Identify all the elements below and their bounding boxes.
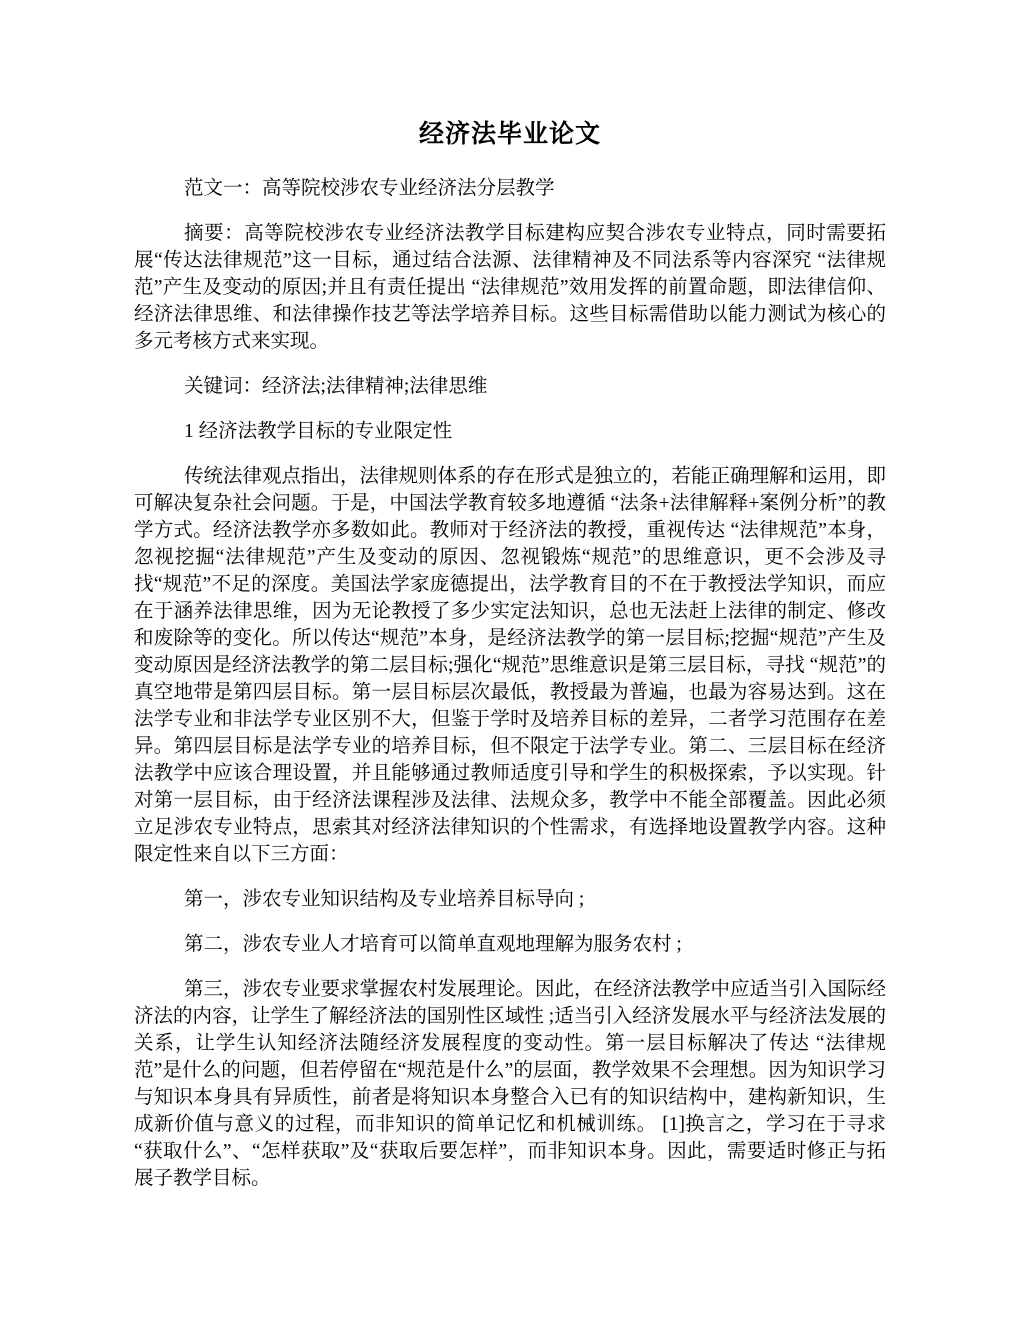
paragraph: 范文一：高等院校涉农专业经济法分层教学 — [134, 175, 886, 202]
paragraph: 摘要：高等院校涉农专业经济法教学目标建构应契合涉农专业特点，同时需要拓展“传达法… — [134, 220, 886, 355]
paragraph: 传统法律观点指出，法律规则体系的存在形式是独立的，若能正确理解和运用，即可解决复… — [134, 463, 886, 868]
document-content: 经济法毕业论文 范文一：高等院校涉农专业经济法分层教学摘要：高等院校涉农专业经济… — [134, 0, 886, 1210]
document-page: 经济法毕业论文 范文一：高等院校涉农专业经济法分层教学摘要：高等院校涉农专业经济… — [0, 0, 1020, 1320]
paragraph: 第二，涉农专业人才培育可以简单直观地理解为服务农村 ; — [134, 931, 886, 958]
document-title: 经济法毕业论文 — [134, 119, 886, 151]
paragraph: 第三，涉农专业要求掌握农村发展理论。因此，在经济法教学中应适当引入国际经济法的内… — [134, 976, 886, 1192]
paragraph: 第一，涉农专业知识结构及专业培养目标导向 ; — [134, 886, 886, 913]
document-paragraphs: 范文一：高等院校涉农专业经济法分层教学摘要：高等院校涉农专业经济法教学目标建构应… — [134, 175, 886, 1192]
paragraph: 关键词：经济法;法律精神;法律思维 — [134, 373, 886, 400]
paragraph: 1 经济法教学目标的专业限定性 — [134, 418, 886, 445]
